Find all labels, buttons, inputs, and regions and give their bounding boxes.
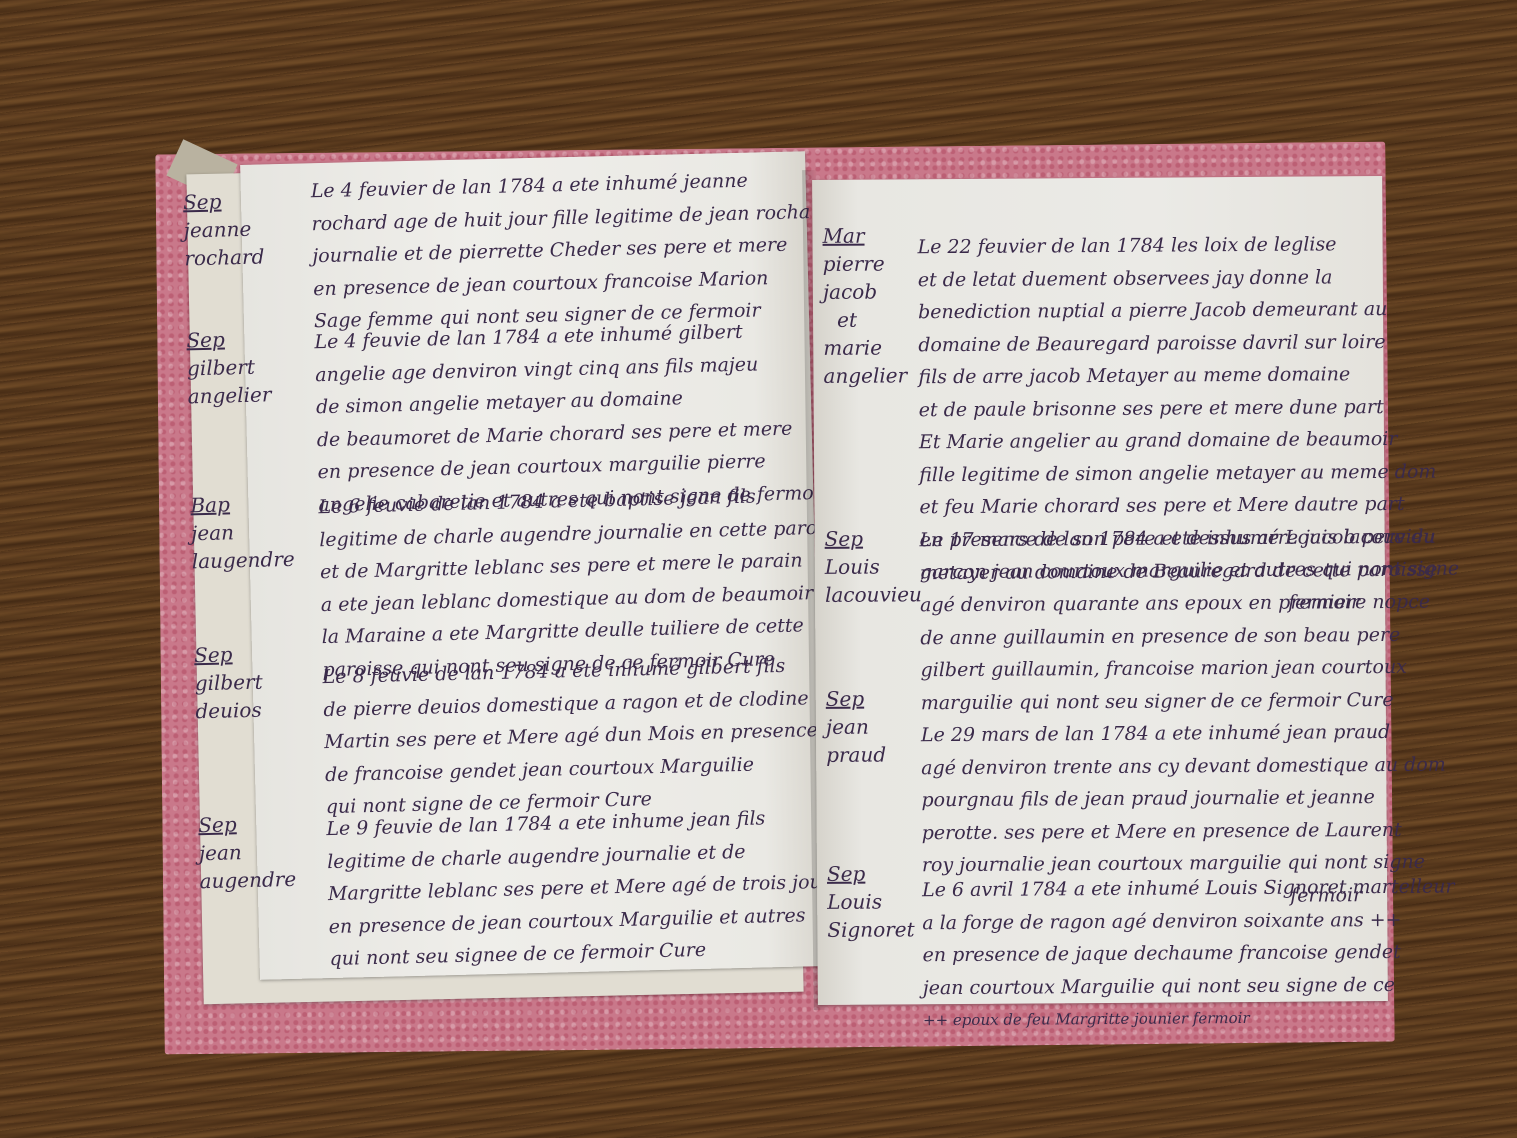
entry-line: en presence de jaque dechaume francoise …: [922, 936, 1382, 972]
entry-line: fille legitime de simon angelie metayer …: [919, 456, 1379, 492]
margin-note: Sep jean augendre: [198, 809, 280, 895]
margin-name: jean: [191, 517, 272, 547]
entry-line: Le 17 mars de lan 1784 a ete inhumé Loui…: [920, 521, 1380, 557]
margin-name: marie: [823, 333, 903, 362]
entry-type-tag: Sep: [198, 809, 279, 839]
margin-note: Sep gilbert deuios: [194, 639, 276, 725]
entry-line: domaine de Beauregard paroisse davril su…: [918, 326, 1378, 362]
margin-name: et: [823, 305, 903, 334]
entry-line: metayer au domaine de Beauregard de cett…: [920, 554, 1380, 590]
margin-name: augendre: [199, 865, 280, 895]
margin-name: Louis: [825, 552, 905, 581]
margin-note: Mar pierre jacob et marie angelier: [822, 221, 903, 390]
entry-line: agé denviron quarante ans epoux en premi…: [920, 586, 1380, 622]
entry-line: fils de arre jacob Metayer au meme domai…: [918, 358, 1378, 394]
entry-line: de anne guillaumin en presence de son be…: [920, 619, 1380, 655]
entry-type-tag: Sep: [194, 639, 275, 669]
entry-type-tag: Sep: [183, 186, 264, 216]
margin-name: praud: [826, 740, 906, 769]
entry-line: pourgnau fils de jean praud journalie et…: [921, 781, 1381, 817]
margin-note: Sep gilbert angelier: [186, 324, 268, 410]
entry-line: perotte. ses pere et Mere en presence de…: [922, 814, 1382, 850]
entry-line: benediction nuptial a pierre Jacob demeu…: [918, 293, 1378, 329]
entry-line: marguilie qui nont seu signer de ce ferm…: [921, 684, 1381, 720]
margin-note: Bap jean laugendre: [190, 489, 272, 575]
margin-name: jean: [199, 837, 280, 867]
margin-note: Sep Louis lacouvieu: [825, 524, 906, 609]
margin-name: Signoret: [827, 915, 907, 944]
margin-note: Sep jeanne rochard: [183, 186, 265, 272]
margin-name: lacouvieu: [825, 580, 905, 609]
margin-name: jean: [826, 712, 906, 741]
entry-line: agé denviron trente ans cy devant domest…: [921, 749, 1381, 785]
margin-name: gilbert: [187, 352, 268, 382]
register-entry: Le 8 feuvie de lan 1784 a ete inhumé gil…: [322, 649, 806, 823]
entry-type-tag: Sep: [827, 859, 907, 888]
entry-line: gilbert guillaumin, francoise marion jea…: [920, 651, 1380, 687]
register-entry: Le 6 avril 1784 a ete inhumé Louis Signo…: [922, 871, 1383, 1037]
entry-line: et de paule brisonne ses pere et mere du…: [919, 391, 1379, 427]
entry-line: Le 29 mars de lan 1784 a ete inhumé jean…: [921, 716, 1381, 752]
register-entry: Le 17 mars de lan 1784 a ete inhumé Loui…: [920, 521, 1381, 719]
margin-name: angelier: [823, 361, 903, 390]
margin-note: Sep jean praud: [826, 684, 907, 769]
entry-footnote: ++ epoux de feu Margritte jounier fermoi…: [923, 1001, 1383, 1037]
left-page: Sep jeanne rochard Le 4 feuvier de lan 1…: [240, 151, 825, 980]
register-entry: Le 9 feuvie de lan 1784 a ete inhume jea…: [326, 801, 810, 975]
right-page: Mar pierre jacob et marie angelier Le 22…: [812, 176, 1388, 1005]
entry-type-tag: Mar: [822, 221, 902, 250]
entry-line: Le 6 avril 1784 a ete inhumé Louis Signo…: [922, 871, 1382, 907]
margin-name: laugendre: [191, 545, 272, 575]
entry-line: a la forge de ragon agé denviron soixant…: [922, 904, 1382, 940]
margin-name: rochard: [184, 242, 265, 272]
entry-line: Le 22 feuvier de lan 1784 les loix de le…: [917, 228, 1377, 264]
entry-line: jean courtoux Marguilie qui nont seu sig…: [923, 969, 1383, 1005]
margin-name: gilbert: [194, 667, 275, 697]
margin-note: Sep Louis Signoret: [827, 859, 908, 944]
register-entry: Le 4 feuvier de lan 1784 a ete inhumé je…: [310, 164, 794, 338]
margin-name: Louis: [827, 887, 907, 916]
entry-type-tag: Sep: [186, 324, 267, 354]
margin-name: deuios: [195, 695, 276, 725]
entry-type-tag: Sep: [825, 524, 905, 553]
margin-name: angelier: [187, 380, 268, 410]
entry-line: Et Marie angelier au grand domaine de be…: [919, 423, 1379, 459]
entry-type-tag: Bap: [190, 489, 271, 519]
margin-name: pierre: [823, 249, 903, 278]
entry-type-tag: Sep: [826, 684, 906, 713]
entry-line: et feu Marie chorard ses pere et Mere da…: [919, 488, 1379, 524]
margin-name: jacob: [823, 277, 903, 306]
entry-line: et de letat duement observees jay donne …: [918, 261, 1378, 297]
margin-name: jeanne: [183, 214, 264, 244]
